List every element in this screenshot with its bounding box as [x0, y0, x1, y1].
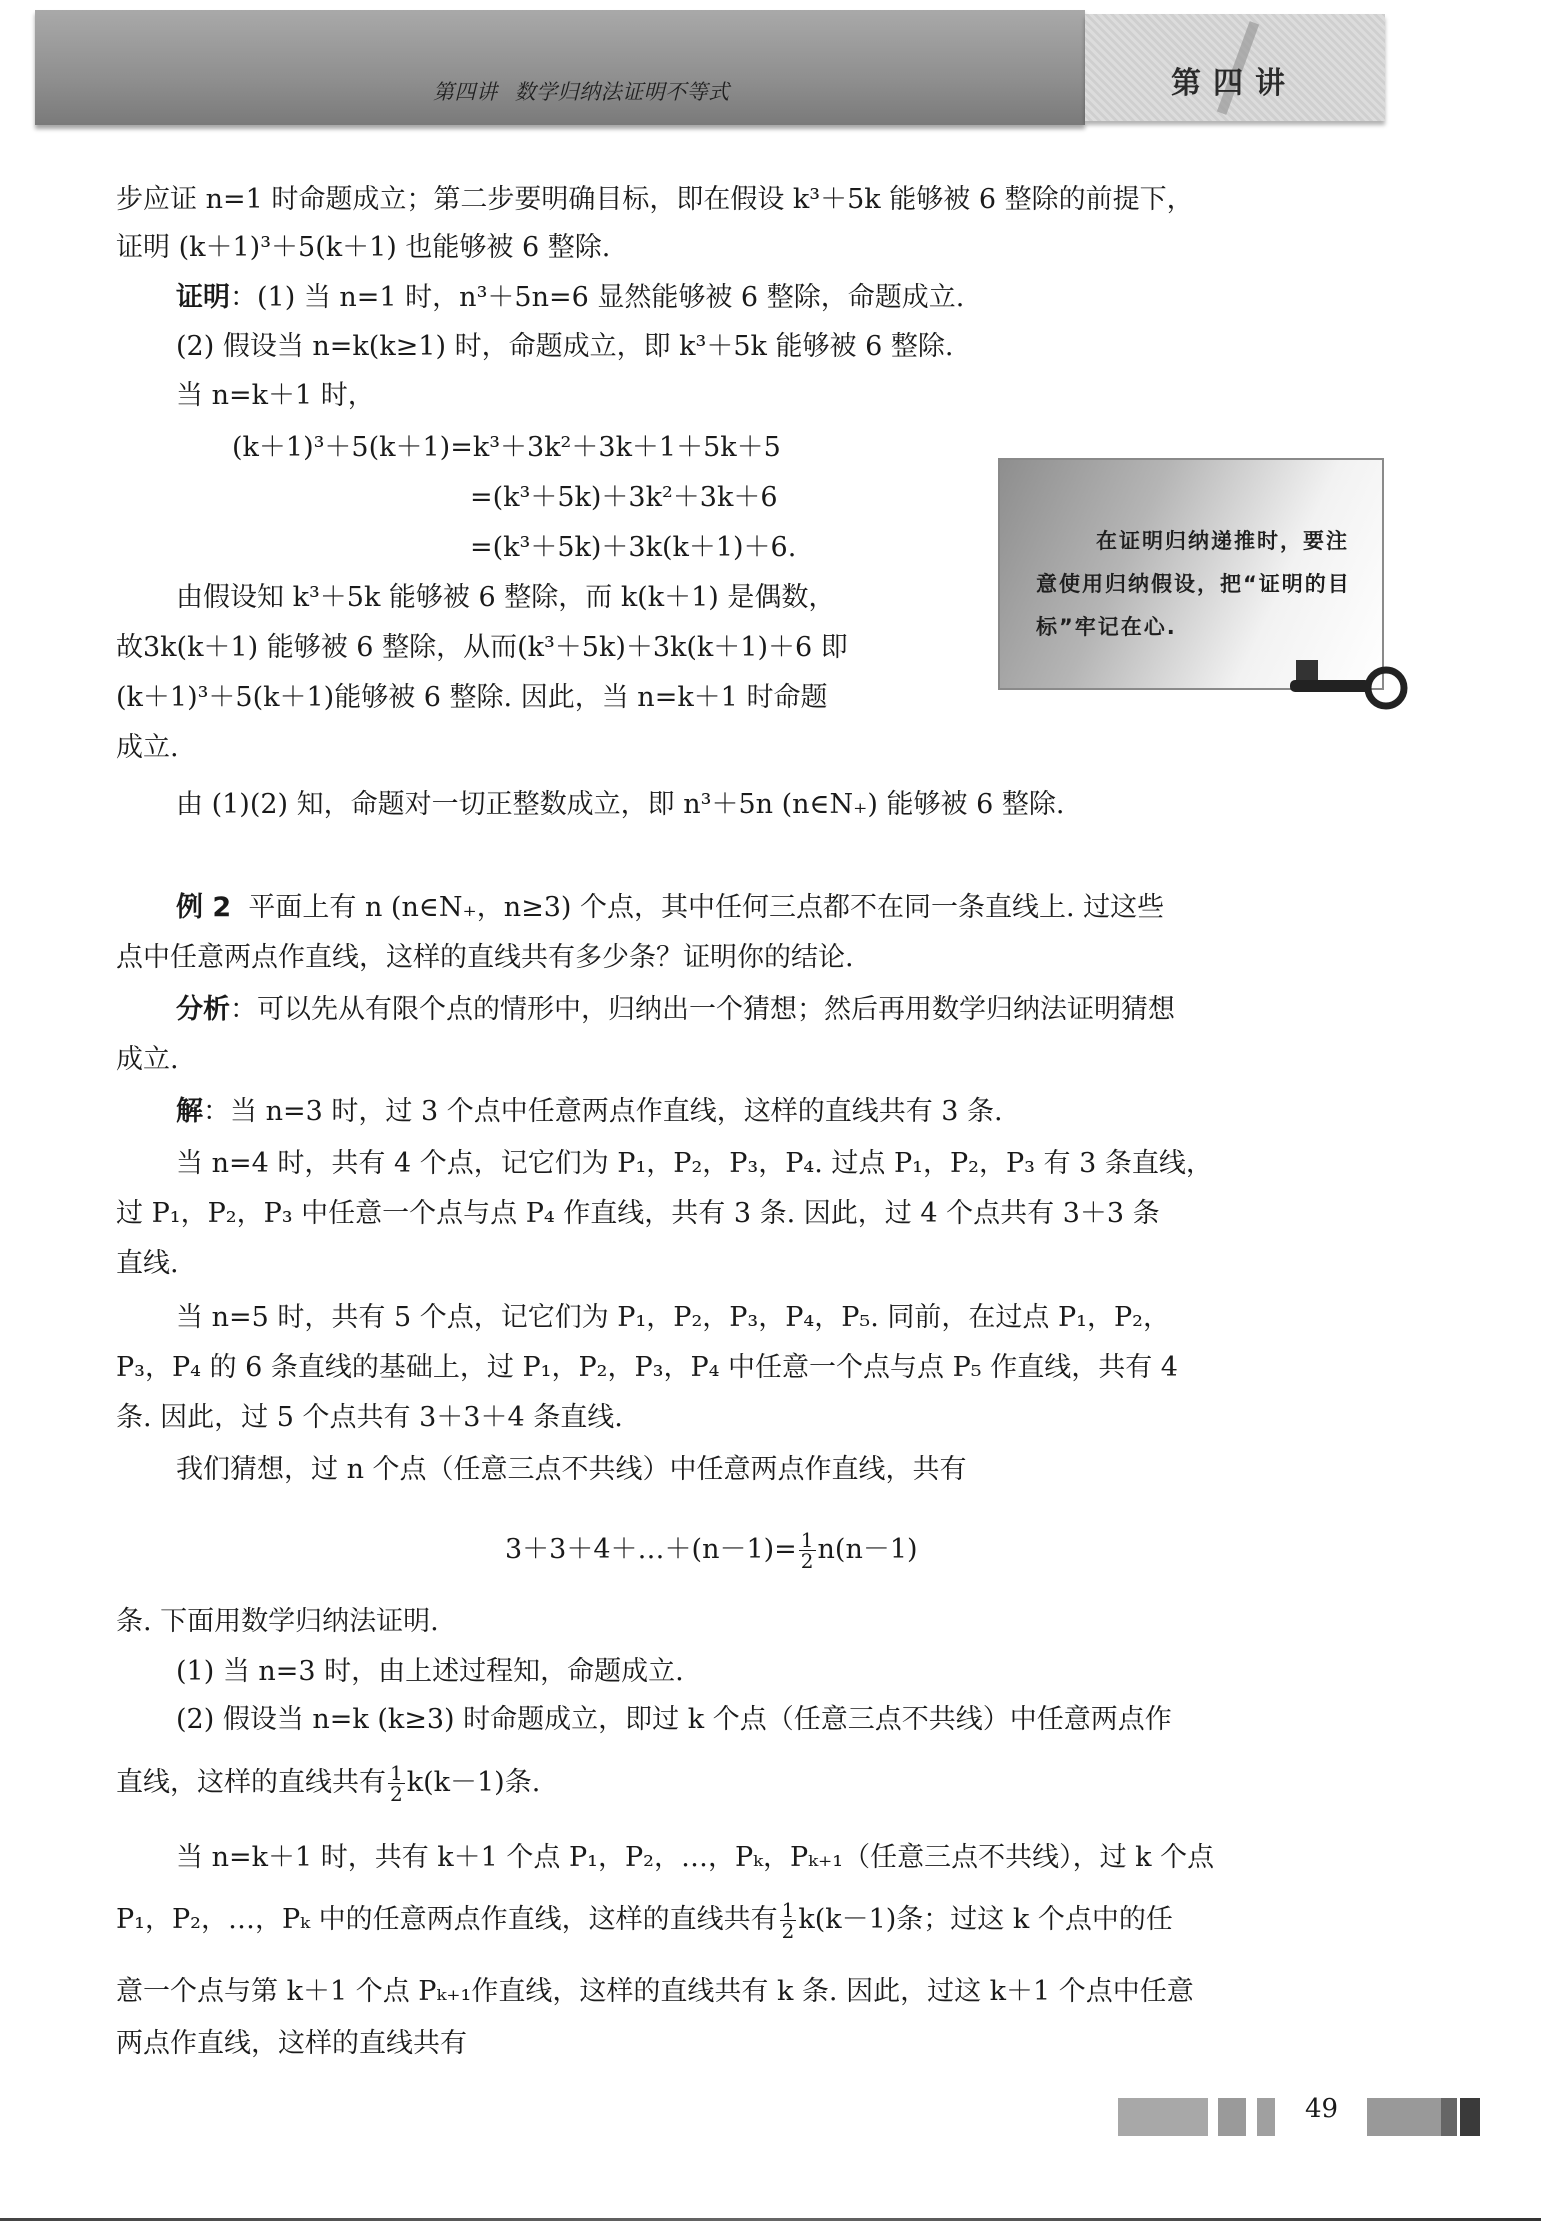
text-span: k(k－1)条；过这 k 个点中的任	[798, 1904, 1173, 1935]
footer-decor-bar	[1441, 2098, 1457, 2136]
analysis-label: 分析	[176, 994, 230, 1025]
fraction-one-half: 12	[799, 1530, 816, 1571]
page-number: 49	[1305, 2094, 1338, 2124]
induction-step-1: (1) 当 n=3 时，由上述过程知，命题成立.	[176, 1652, 684, 1692]
text-line: 我们猜想，过 n 个点（任意三点不共线）中任意两点作直线，共有	[176, 1450, 967, 1490]
text-line: 过 P₁，P₂，P₃ 中任意一个点与点 P₄ 作直线，共有 3 条. 因此，过 …	[116, 1194, 1160, 1234]
text-span: 直线，这样的直线共有	[116, 1767, 386, 1798]
text-span: ：当 n=3 时，过 3 个点中任意两点作直线，这样的直线共有 3 条.	[203, 1096, 1003, 1127]
running-header-title: 第四讲 数学归纳法证明不等式	[433, 76, 730, 106]
text-span: P₁，P₂，…，Pₖ 中的任意两点作直线，这样的直线共有	[116, 1904, 778, 1935]
fraction-denominator: 2	[780, 1921, 797, 1941]
proof-label: 证明	[176, 282, 230, 313]
text-line: 两点作直线，这样的直线共有	[116, 2024, 467, 2064]
fraction-denominator: 2	[799, 1551, 816, 1571]
footer-decor-bar	[1257, 2098, 1275, 2136]
text-line: P₃，P₄ 的 6 条直线的基础上，过 P₁，P₂，P₃，P₄ 中任意一个点与点…	[116, 1348, 1178, 1388]
margin-tip-box: 在证明归纳递推时，要注意使用归纳假设，把“证明的目标”牢记在心.	[998, 458, 1384, 690]
example-2-statement: 例 2 平面上有 n (n∈N₊，n≥3) 个点，其中任何三点都不在同一条直线上…	[176, 888, 1164, 928]
proof-step-3: 当 n=k＋1 时，	[176, 376, 375, 416]
text-line: 条. 因此，过 5 个点共有 3＋3＋4 条直线.	[116, 1398, 623, 1438]
text-line: 由假设知 k³＋5k 能够被 6 整除，而 k(k＋1) 是偶数，	[176, 578, 835, 618]
proof-step-1: 证明：(1) 当 n=1 时，n³＋5n=6 显然能够被 6 整除，命题成立.	[176, 278, 964, 318]
text-line: 意一个点与第 k＋1 个点 Pₖ₊₁作直线，这样的直线共有 k 条. 因此，过这…	[116, 1972, 1194, 2012]
text-line: 当 n=5 时，共有 5 个点，记它们为 P₁，P₂，P₃，P₄，P₅. 同前，…	[176, 1298, 1170, 1338]
text-line: (k＋1)³＋5(k＋1)能够被 6 整除. 因此，当 n=k＋1 时命题	[116, 678, 827, 718]
text-line: 证明 (k＋1)³＋5(k＋1) 也能够被 6 整除.	[116, 228, 610, 268]
proof-step-2: (2) 假设当 n=k(k≥1) 时，命题成立，即 k³＋5k 能够被 6 整除…	[176, 327, 953, 367]
text-span: ：可以先从有限个点的情形中，归纳出一个猜想；然后再用数学归纳法证明猜想	[230, 994, 1175, 1025]
example-label: 例 2	[176, 892, 231, 923]
footer-decor-bar	[1118, 2098, 1208, 2136]
proof-conclusion: 由 (1)(2) 知，命题对一切正整数成立，即 n³＋5n (n∈N₊) 能够被…	[176, 785, 1064, 825]
fraction-numerator: 1	[799, 1530, 816, 1551]
text-line: 当 n=k＋1 时，共有 k＋1 个点 P₁，P₂，…，Pₖ，Pₖ₊₁（任意三点…	[176, 1838, 1214, 1878]
text-line: 故3k(k＋1) 能够被 6 整除，从而(k³＋5k)＋3k(k＋1)＋6 即	[116, 628, 848, 668]
key-icon	[1290, 660, 1410, 720]
footer-decor-bar	[1218, 2098, 1246, 2136]
chapter-tab: 第四讲	[1085, 14, 1385, 121]
fraction-denominator: 2	[388, 1784, 405, 1804]
text-line: 步应证 n=1 时命题成立；第二步要明确目标，即在假设 k³＋5k 能够被 6 …	[116, 180, 1194, 220]
chapter-header-band: 第四讲 数学归纳法证明不等式	[35, 10, 1085, 125]
text-line: 直线，这样的直线共有12k(k－1)条.	[116, 1758, 540, 1808]
text-line: 成立.	[116, 1040, 179, 1080]
fraction-one-half: 12	[388, 1763, 405, 1804]
text-line: P₁，P₂，…，Pₖ 中的任意两点作直线，这样的直线共有12k(k－1)条；过这…	[116, 1895, 1173, 1945]
chapter-tab-label: 第四讲	[1171, 58, 1297, 102]
equation-line-3: =(k³＋5k)＋3k(k＋1)＋6.	[470, 528, 796, 568]
formula-right: n(n－1)	[818, 1534, 918, 1565]
text-line: 条. 下面用数学归纳法证明.	[116, 1602, 439, 1642]
footer-decor-bar	[1367, 2098, 1441, 2136]
fraction-numerator: 1	[780, 1900, 797, 1921]
footer-decor-bar	[1460, 2098, 1480, 2136]
text-line: 当 n=4 时，共有 4 个点，记它们为 P₁，P₂，P₃，P₄. 过点 P₁，…	[176, 1144, 1213, 1184]
analysis: 分析：可以先从有限个点的情形中，归纳出一个猜想；然后再用数学归纳法证明猜想	[176, 990, 1175, 1030]
equation-line-1: (k＋1)³＋5(k＋1)=k³＋3k²＋3k＋1＋5k＋5	[232, 428, 781, 468]
equation-line-2: =(k³＋5k)＋3k²＋3k＋6	[470, 478, 778, 518]
text-span: 平面上有 n (n∈N₊，n≥3) 个点，其中任何三点都不在同一条直线上. 过这…	[248, 892, 1164, 923]
fraction-one-half: 12	[780, 1900, 797, 1941]
solution: 解：当 n=3 时，过 3 个点中任意两点作直线，这样的直线共有 3 条.	[176, 1092, 1003, 1132]
text-line: 成立.	[116, 728, 179, 768]
formula-left: 3＋3＋4＋…＋(n－1)=	[505, 1534, 797, 1565]
margin-tip-text: 在证明归纳递推时，要注意使用归纳假设，把“证明的目标”牢记在心.	[1036, 520, 1366, 649]
induction-step-2: (2) 假设当 n=k (k≥3) 时命题成立，即过 k 个点（任意三点不共线）…	[176, 1700, 1172, 1740]
solution-label: 解	[176, 1096, 203, 1127]
text-line: 直线.	[116, 1244, 179, 1284]
fraction-numerator: 1	[388, 1763, 405, 1784]
bottom-rule	[0, 2218, 1541, 2221]
text-span: ：(1) 当 n=1 时，n³＋5n=6 显然能够被 6 整除，命题成立.	[230, 282, 964, 313]
text-line: 点中任意两点作直线，这样的直线共有多少条？证明你的结论.	[116, 938, 854, 978]
text-span: k(k－1)条.	[407, 1767, 541, 1798]
display-formula: 3＋3＋4＋…＋(n－1)=12n(n－1)	[505, 1520, 918, 1580]
